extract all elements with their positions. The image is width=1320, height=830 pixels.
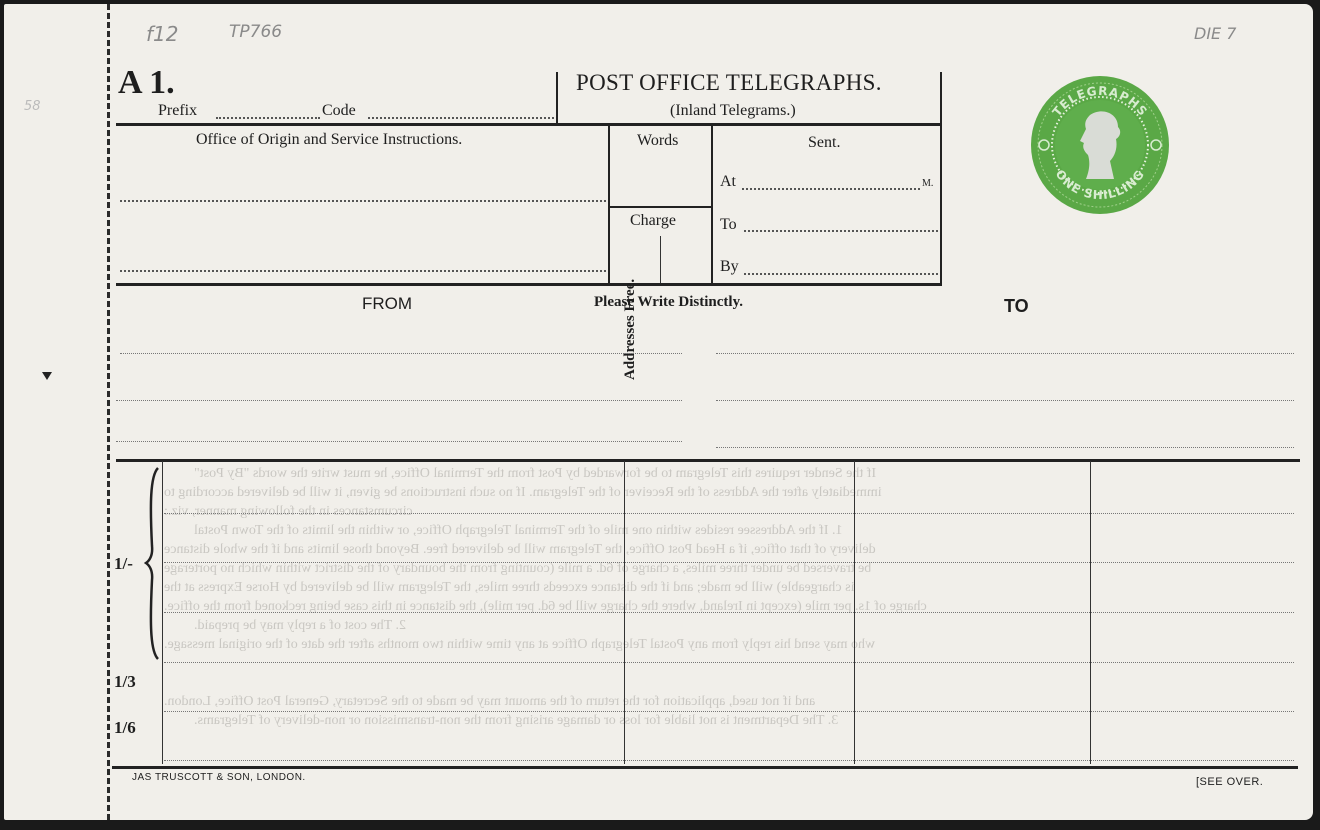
office-of-origin-field-1[interactable] bbox=[120, 200, 606, 202]
show-through-line: If the Sender requires this Telegram to … bbox=[194, 466, 876, 482]
office-of-origin-field-2[interactable] bbox=[120, 270, 606, 272]
sent-label: Sent. bbox=[808, 134, 840, 152]
by-label: By bbox=[720, 258, 739, 276]
to-address-line-3[interactable] bbox=[716, 447, 1294, 448]
footer-rule bbox=[112, 766, 1298, 769]
message-line-6[interactable] bbox=[164, 760, 1294, 761]
message-line-5[interactable] bbox=[164, 711, 1294, 712]
perforation-line bbox=[107, 4, 110, 820]
show-through-line: who may send his reply from any Postal T… bbox=[164, 637, 875, 653]
show-through-line: 1. If the Addressee resides within one m… bbox=[194, 523, 842, 539]
to-field-label: To bbox=[720, 216, 737, 234]
form-title: POST OFFICE TELEGRAPHS. bbox=[576, 70, 882, 96]
tariff-brace-icon bbox=[144, 466, 162, 661]
to-heading: TO bbox=[1004, 296, 1029, 317]
at-meridiem-suffix: M. bbox=[922, 178, 933, 189]
show-through-line: delivery of that office, if a Head Post … bbox=[164, 542, 876, 558]
from-address-line-3[interactable] bbox=[116, 441, 682, 442]
show-through-line: be traversed be under three miles, a cha… bbox=[164, 561, 871, 577]
show-through-line: is chargeable) will be made; and if the … bbox=[164, 580, 854, 596]
show-through-line: 3. The Department is not liable for loss… bbox=[194, 713, 838, 729]
words-label: Words bbox=[637, 132, 678, 150]
prefix-label: Prefix bbox=[158, 102, 197, 120]
pencil-annotation-die: DIE 7 bbox=[1194, 24, 1236, 43]
sent-to-field[interactable] bbox=[744, 230, 938, 232]
tariff-column-divider bbox=[162, 461, 163, 764]
sent-at-field[interactable] bbox=[742, 188, 920, 190]
header-bottom-rule bbox=[116, 283, 942, 286]
show-through-line: and if not used, application for the ret… bbox=[164, 694, 815, 710]
sent-box-right-border bbox=[940, 72, 942, 284]
message-line-2[interactable] bbox=[164, 562, 1294, 563]
words-field[interactable] bbox=[610, 154, 711, 204]
from-address-line-1[interactable] bbox=[120, 353, 682, 354]
to-address-line-2[interactable] bbox=[716, 400, 1294, 401]
pencil-annotation-ref: TP766 bbox=[229, 22, 282, 42]
tariff-1s3d: 1/3 bbox=[114, 672, 136, 692]
charge-label: Charge bbox=[630, 212, 676, 230]
show-through-line: circumstances in the following manner, v… bbox=[164, 504, 413, 520]
words-charge-divider bbox=[610, 206, 711, 208]
please-write-distinctly: Please Write Distinctly. bbox=[594, 294, 743, 311]
pencil-annotation-f12: f12 bbox=[146, 22, 179, 46]
from-heading: FROM bbox=[362, 294, 412, 314]
header-divider bbox=[556, 72, 558, 124]
printer-imprint: JAS TRUSCOTT & SON, LONDON. bbox=[132, 772, 306, 783]
sent-by-field[interactable] bbox=[744, 273, 938, 275]
header-rule bbox=[116, 123, 942, 126]
embossed-stamp-icon: TELEGRAPHS ONE SHILLING bbox=[1030, 75, 1170, 215]
form-subtitle: (Inland Telegrams.) bbox=[670, 102, 796, 120]
code-field[interactable] bbox=[368, 117, 554, 119]
to-address-line-1[interactable] bbox=[716, 353, 1294, 354]
tariff-1s6d: 1/6 bbox=[114, 718, 136, 738]
margin-mark-icon bbox=[42, 372, 52, 380]
from-address-line-2[interactable] bbox=[116, 400, 682, 401]
form-code: A 1. bbox=[118, 64, 175, 102]
see-over-note: [SEE OVER. bbox=[1196, 776, 1263, 788]
office-of-origin-label: Office of Origin and Service Instruction… bbox=[196, 131, 462, 149]
message-line-3[interactable] bbox=[164, 612, 1294, 613]
address-bottom-rule bbox=[116, 459, 1300, 462]
tariff-1s: 1/- bbox=[114, 554, 133, 574]
show-through-line: immediately after the Address of the Rec… bbox=[164, 485, 882, 501]
code-label: Code bbox=[322, 102, 356, 120]
telegram-form-sheet: f12 TP766 DIE 7 58 A 1. Prefix Code POST… bbox=[4, 4, 1313, 820]
prefix-field[interactable] bbox=[216, 117, 320, 119]
at-label: At bbox=[720, 173, 736, 191]
charge-field[interactable] bbox=[610, 236, 711, 282]
message-line-4[interactable] bbox=[164, 662, 1294, 663]
message-line-1[interactable] bbox=[164, 513, 1294, 514]
pencil-annotation-margin: 58 bbox=[24, 99, 41, 114]
addresses-free-label: Addresses Free. bbox=[622, 279, 639, 380]
show-through-line: 2. The cost of a reply may be prepaid. bbox=[194, 618, 406, 634]
words-box-right-border bbox=[711, 125, 713, 284]
